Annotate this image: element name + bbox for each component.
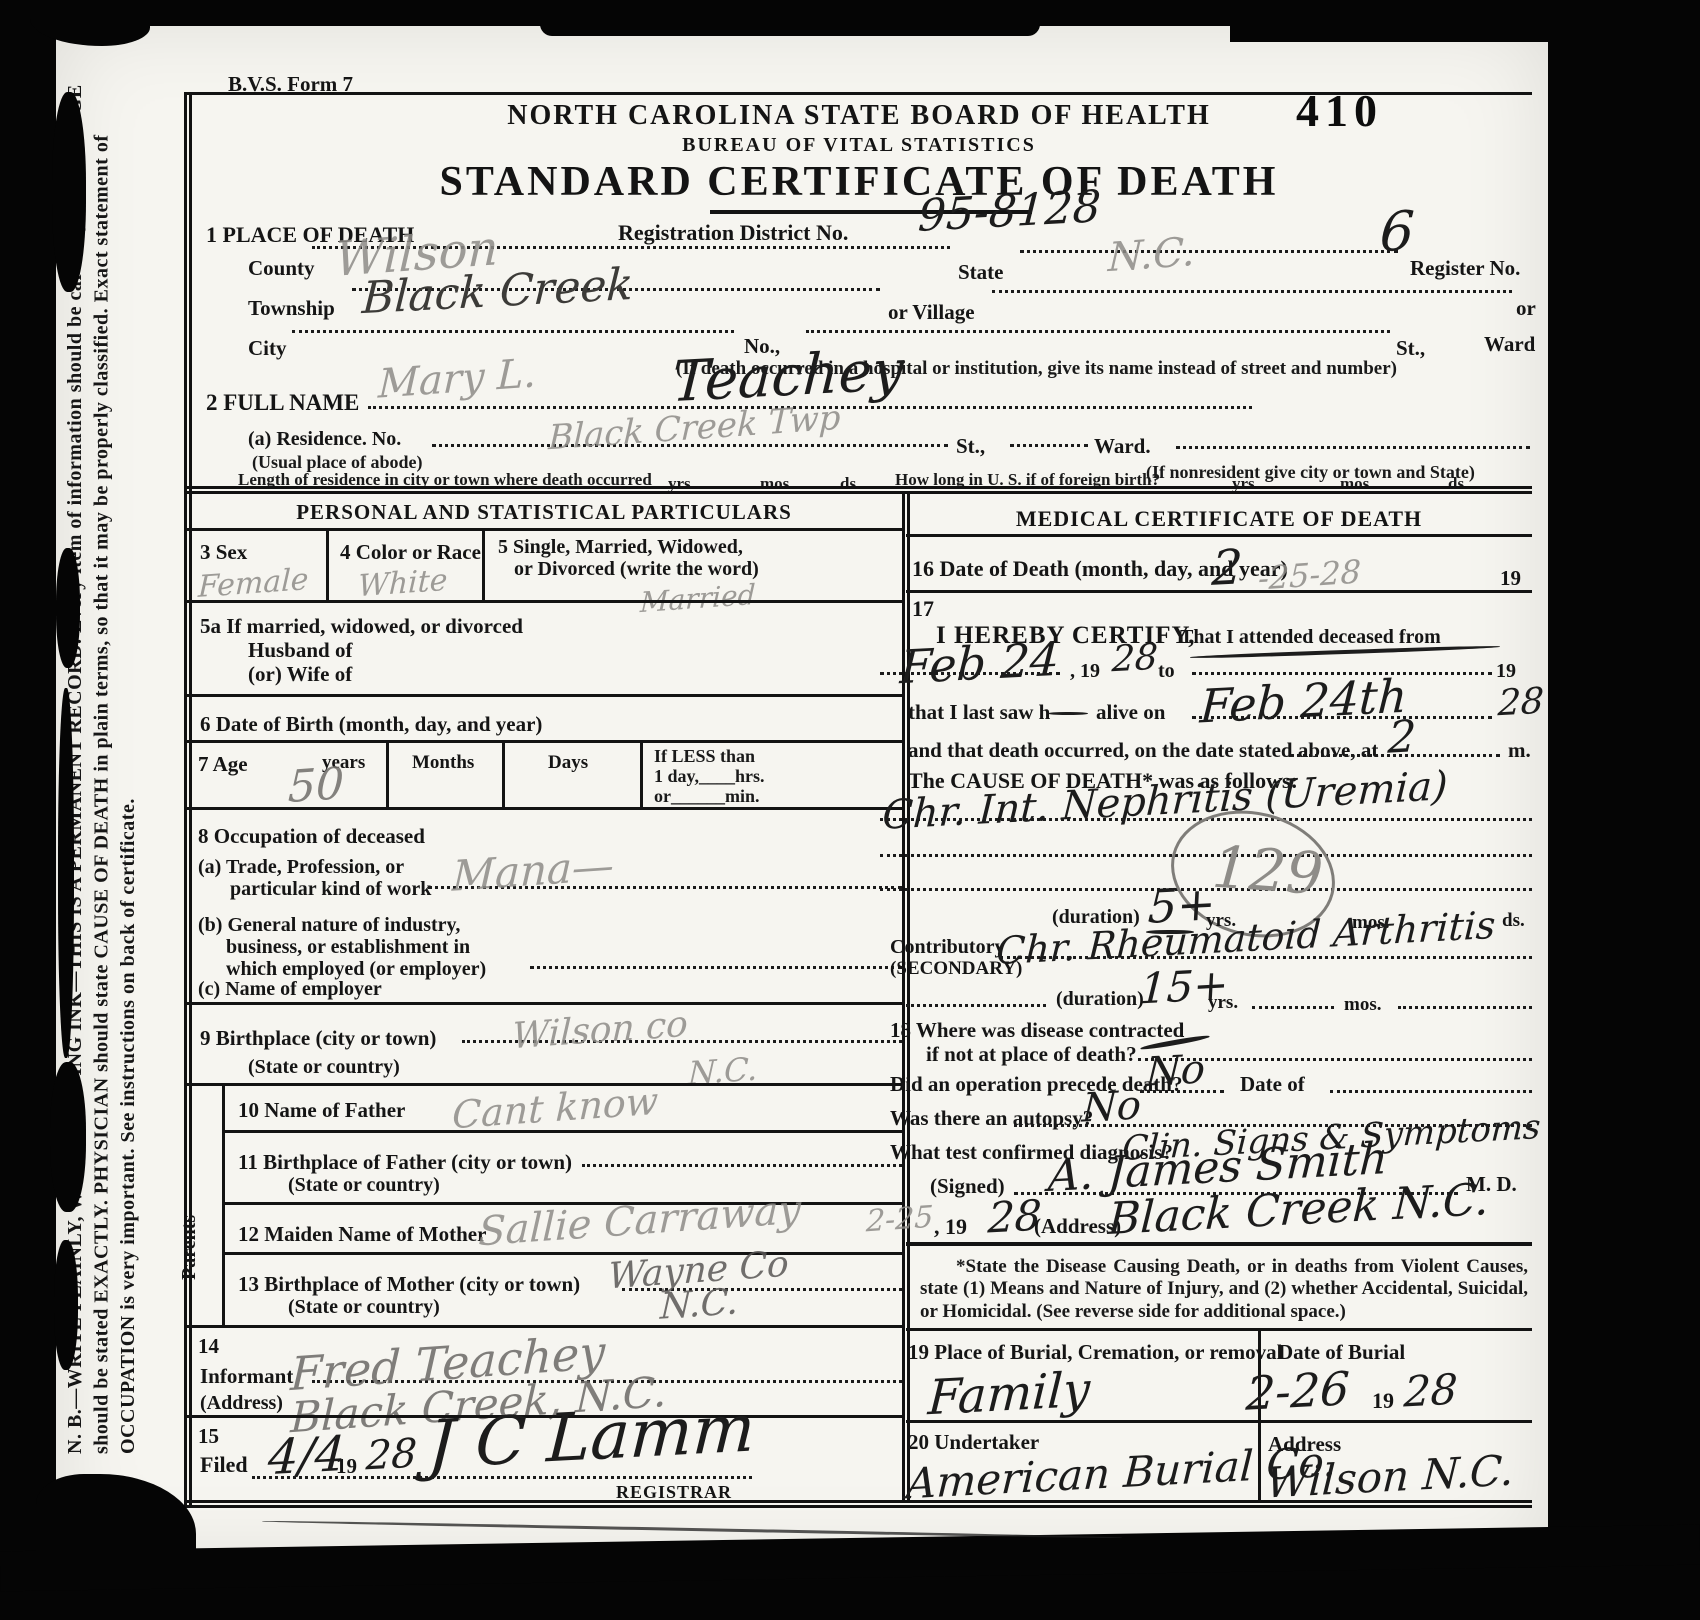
scan-artifact	[50, 1062, 86, 1212]
less-label-2: 1 day,____hrs.	[654, 766, 765, 787]
duration-2-yrs: yrs.	[1208, 992, 1238, 1014]
item-14: 14	[198, 1334, 219, 1359]
filed-label: Filed	[200, 1452, 248, 1478]
rule	[222, 1252, 902, 1255]
pen-stroke	[1048, 712, 1088, 715]
married-to-label: 5a If married, widowed, or divorced	[200, 614, 523, 639]
pencil-code-value: 129	[1210, 833, 1325, 909]
register-no-value: 6	[1378, 199, 1416, 264]
burial-date-value: 2-26	[1245, 1361, 1351, 1421]
age-label: 7 Age	[198, 752, 248, 777]
rule	[906, 1328, 1532, 1331]
occupation-a1: (a) Trade, Profession, or	[198, 856, 404, 879]
full-name-label: 2 FULL NAME	[206, 390, 359, 416]
date-of-label: Date of	[1240, 1072, 1305, 1097]
attended-year-value: 28	[1111, 637, 1159, 681]
residence-line3	[1176, 446, 1530, 449]
state-label: State	[958, 260, 1004, 285]
father-birthplace-line	[582, 1164, 902, 1167]
race-value: White	[357, 563, 448, 604]
certify-rest: That I attended deceased from	[1180, 626, 1441, 649]
occupation-a2: particular kind of work	[230, 878, 431, 901]
register-no-label: Register No.	[1410, 256, 1520, 281]
parents-label: Parents	[178, 1140, 201, 1280]
residence-st-label: St.,	[956, 434, 985, 459]
registration-district-value: 95-8128	[917, 181, 1102, 242]
residence-line2	[1010, 444, 1088, 447]
months-label: Months	[412, 752, 474, 774]
cell-border	[640, 740, 643, 807]
undertaker-label: 20 Undertaker	[908, 1430, 1039, 1455]
cell-border	[386, 740, 389, 807]
last-saw-label-1: that I last saw h	[908, 700, 1050, 725]
rule	[906, 1242, 1532, 1246]
date-of-line	[1330, 1090, 1532, 1093]
birthplace-state-label: (State or country)	[248, 1056, 400, 1079]
marital-label-2: or Divorced (write the word)	[514, 558, 759, 581]
rule	[186, 807, 902, 810]
date-of-death-month: 2	[1211, 539, 1244, 597]
death-occurred-label: and that death occurred, on the date sta…	[908, 738, 1378, 763]
scan-artifact	[58, 688, 74, 1058]
burial-place-value: Family	[927, 1362, 1092, 1427]
nonresident-note: (If nonresident give city or town and St…	[1146, 462, 1475, 483]
city-label: City	[248, 336, 287, 361]
duration-2-mos: mos.	[1344, 994, 1381, 1016]
scan-artifact	[540, 20, 1040, 36]
registrar-label: REGISTRAR	[616, 1482, 732, 1503]
rule	[186, 1325, 902, 1328]
mother-birthplace-state-value: N.C.	[659, 1281, 739, 1328]
scanned-death-certificate: N. B.—WRITE PLAINLY, WITH UNFADING INK—T…	[0, 0, 1700, 1620]
occupation-b2: business, or establishment in	[226, 936, 470, 959]
filed-year-value: 28	[365, 1431, 418, 1480]
occupation-c: (c) Name of employer	[198, 978, 382, 1001]
contracted-label-2: if not at place of death?	[926, 1042, 1137, 1067]
husband-label: Husband of	[248, 638, 352, 663]
autopsy-label: Was there an autopsy?	[890, 1106, 1093, 1131]
secondary-label: (SECONDARY)	[890, 958, 1022, 980]
sex-label: 3 Sex	[200, 540, 247, 565]
last-saw-label-2: alive on	[1096, 700, 1165, 725]
sign-19: , 19	[934, 1214, 967, 1240]
to-19: 19	[1496, 660, 1516, 683]
rule	[906, 1420, 1532, 1423]
rule	[186, 528, 902, 531]
operation-value: No	[1145, 1046, 1206, 1095]
race-label: 4 Color or Race	[340, 540, 481, 565]
duration-2-line	[906, 1004, 1046, 1007]
rule	[186, 600, 902, 603]
mother-maiden-label: 12 Maiden Name of Mother	[238, 1222, 486, 1247]
informant-address-label: (Address)	[200, 1392, 283, 1415]
rule	[186, 1083, 902, 1086]
duration-1-ds: ds.	[1502, 910, 1525, 932]
dob-label: 6 Date of Birth (month, day, and year)	[200, 712, 542, 737]
sign-date-value: 2-25	[865, 1200, 933, 1240]
registration-district-label: Registration District No.	[618, 220, 848, 246]
scan-artifact	[54, 1240, 78, 1370]
city-line	[292, 330, 734, 333]
occupation-b-line	[530, 966, 902, 969]
rule	[186, 694, 902, 697]
scan-edge-right	[1548, 0, 1700, 1620]
birthplace-state-value: N.C.	[687, 1049, 758, 1092]
residence-ward-label: Ward.	[1094, 434, 1151, 459]
dod-19: 19	[1500, 566, 1521, 591]
father-birthplace-state-label: (State or country)	[288, 1174, 440, 1197]
street-line	[806, 330, 1390, 333]
last-saw-year: 28	[1497, 681, 1545, 725]
county-label: County	[248, 256, 315, 281]
scan-artifact	[52, 92, 86, 292]
death-at-value: 2	[1387, 711, 1418, 764]
contributory-label: Contributory	[890, 936, 1004, 959]
certificate-title: STANDARD CERTIFICATE OF DEATH	[186, 158, 1532, 206]
to-label: to	[1158, 660, 1175, 683]
scan-edge-left	[0, 0, 56, 1620]
scan-artifact	[56, 548, 80, 668]
autopsy-value: No	[1081, 1082, 1142, 1131]
cause-footnote: *State the Disease Causing Death, or in …	[920, 1256, 1528, 1323]
operation-line	[1140, 1090, 1224, 1093]
attended-from-value: Feb 24	[899, 632, 1061, 695]
contracted-label-1: 18 Where was disease contracted	[890, 1018, 1184, 1043]
rule	[186, 1002, 902, 1005]
or-village-label: or Village	[888, 300, 975, 325]
burial-place-label: 19 Place of Burial, Cremation, or remova…	[908, 1340, 1282, 1365]
informant-label: Informant	[200, 1364, 293, 1389]
rule	[222, 1130, 902, 1133]
less-label-1: If LESS than	[654, 746, 755, 767]
rule	[906, 534, 1532, 537]
duration-2-line2	[1252, 1006, 1334, 1009]
burial-19: 19	[1372, 1388, 1394, 1414]
or-label: or	[1516, 296, 1536, 321]
less-label-3: or______min.	[654, 786, 760, 807]
duration-2-label: (duration)	[1056, 988, 1144, 1011]
item-15: 15	[198, 1424, 219, 1449]
margin-instructions: N. B.—WRITE PLAINLY, WITH UNFADING INK—T…	[62, 74, 174, 1454]
township-label: Township	[248, 296, 335, 321]
state-value: N.C.	[1107, 229, 1195, 281]
rule	[906, 590, 1532, 593]
wife-label: (or) Wife of	[248, 662, 352, 687]
undertaker-address-label: Address	[1268, 1432, 1341, 1457]
residence-label: (a) Residence. No.	[248, 428, 401, 451]
age-value: 50	[287, 758, 345, 813]
personal-header: PERSONAL AND STATISTICAL PARTICULARS	[186, 500, 902, 525]
birthplace-label: 9 Birthplace (city or town)	[200, 1026, 436, 1051]
form-top-border	[186, 92, 1532, 95]
mother-birthplace-label: 13 Birthplace of Mother (city or town)	[238, 1272, 580, 1297]
item-17: 17	[912, 596, 934, 622]
st-label: St.,	[1396, 336, 1425, 361]
cell-border	[482, 528, 485, 600]
cell-border	[326, 528, 329, 600]
duration-2-line3	[1398, 1006, 1532, 1009]
ward-label: Ward	[1484, 332, 1535, 357]
occupation-label: 8 Occupation of deceased	[198, 824, 425, 849]
m-label: m.	[1508, 738, 1531, 763]
section-divider	[186, 486, 1532, 494]
attended-19: , 19	[1070, 660, 1100, 683]
medical-header: MEDICAL CERTIFICATE OF DEATH	[906, 506, 1532, 532]
rule	[186, 740, 902, 743]
occupation-b1: (b) General nature of industry,	[198, 914, 460, 937]
marital-label-1: 5 Single, Married, Widowed,	[498, 536, 743, 559]
days-label: Days	[548, 752, 588, 774]
bureau-title: BUREAU OF VITAL STATISTICS	[186, 134, 1532, 157]
last-saw-value: Feb 24th	[1199, 668, 1409, 733]
village-line	[992, 290, 1512, 293]
form-left-border	[184, 92, 192, 1508]
cell-border	[502, 740, 505, 807]
father-name-label: 10 Name of Father	[238, 1098, 405, 1123]
father-birthplace-label: 11 Birthplace of Father (city or town)	[238, 1150, 572, 1175]
state-line	[1020, 250, 1398, 253]
mother-birthplace-state-label: (State or country)	[288, 1296, 440, 1319]
burial-year-value: 28	[1403, 1365, 1459, 1417]
